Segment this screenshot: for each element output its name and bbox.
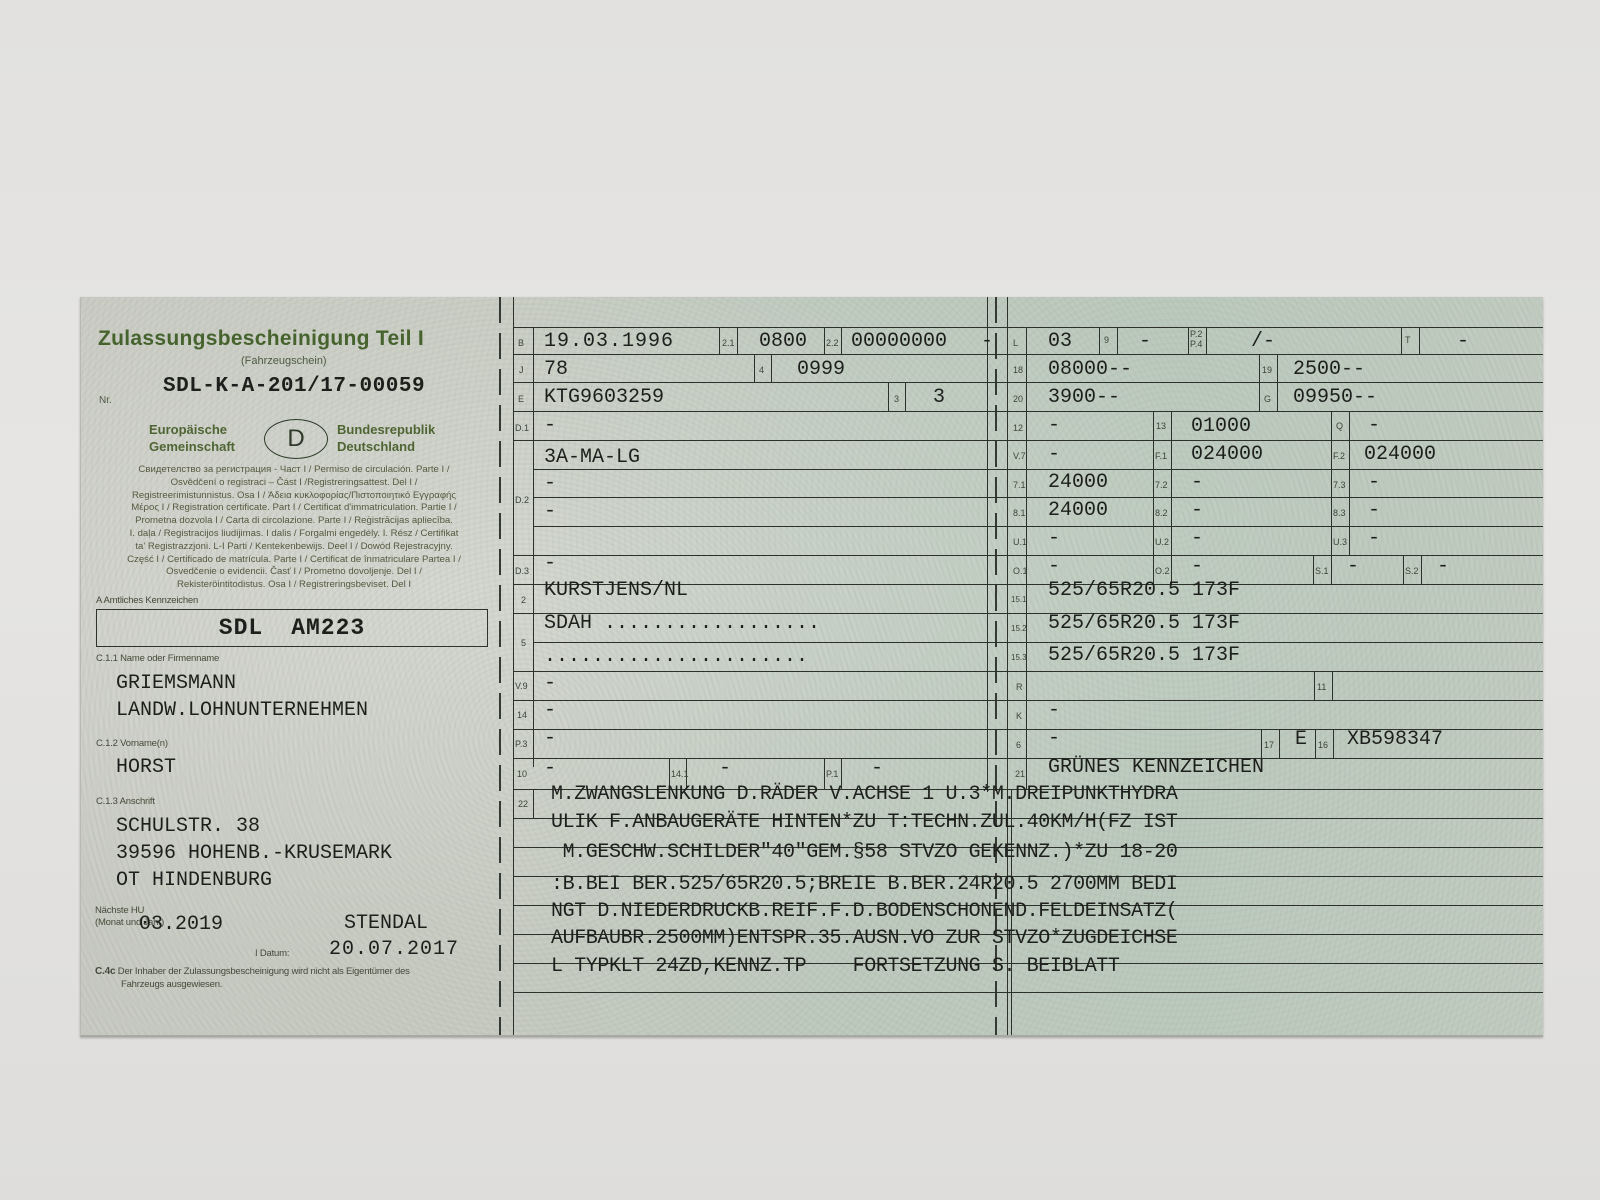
field-label-15-2: 15.2 xyxy=(1011,624,1027,633)
manufacturer-code: 0800 xyxy=(759,330,807,354)
field-label-14-1: 14.1 xyxy=(671,769,689,779)
grid-line xyxy=(1259,354,1260,411)
multilingual-line: I. daļa / Registracijos liudijimas. I da… xyxy=(89,528,499,541)
grid-line xyxy=(987,297,988,792)
row-line xyxy=(513,354,1543,355)
grid-line xyxy=(1171,411,1172,555)
eu-line-1: Europäische xyxy=(149,421,235,438)
grid-line xyxy=(1331,555,1332,584)
field-label-K: K xyxy=(1016,711,1022,721)
tank-volume: - xyxy=(1048,414,1060,438)
noise-standing: - xyxy=(1048,527,1060,551)
country-line-2: Deutschland xyxy=(337,438,435,455)
type-code: 00000000 xyxy=(851,330,947,354)
emission-code: - xyxy=(719,757,731,781)
document-subtitle: (Fahrzeugschein) xyxy=(241,355,327,367)
field-label-18: 18 xyxy=(1013,365,1023,375)
field-label-D2: D.2 xyxy=(515,495,529,505)
plate-number: AM223 xyxy=(291,615,365,641)
grid-line xyxy=(1314,671,1315,700)
name-label: C.1.1 Name oder Firmenname xyxy=(96,653,219,664)
fuel-type: - xyxy=(544,727,556,751)
field-label-D1: D.1 xyxy=(515,423,529,433)
power-rpm: /- xyxy=(1251,330,1275,354)
tyre-axle-1: 525/65R20.5 173F xyxy=(1048,579,1240,603)
remarks-line: M.ZWANGSLENKUNG D.RÄDER V.ACHSE 1 U.3*M.… xyxy=(551,783,1178,807)
field-label-20: 20 xyxy=(1013,394,1023,404)
c4c-text-2: Fahrzeugs ausgewiesen. xyxy=(95,979,222,990)
multilingual-line: Prometna dozvola I / Carta di circolazio… xyxy=(89,515,499,528)
country-label: Bundesrepublik Deutschland xyxy=(337,421,435,455)
field-label-15-1: 15.1 xyxy=(1011,595,1027,604)
row-line xyxy=(513,555,1543,556)
field-label-F2: F.2 xyxy=(1333,451,1345,461)
grid-line xyxy=(771,354,772,382)
field-label-P1: P.1 xyxy=(826,769,838,779)
field-label-17: 17 xyxy=(1264,740,1274,750)
field-label-7-2: 7.2 xyxy=(1155,480,1168,490)
trailer-load-braked: - xyxy=(1048,555,1060,579)
multilingual-line: Rekisteröintitodistus. Osa I / Registrer… xyxy=(89,579,499,592)
type-approval-number: - xyxy=(1048,699,1060,723)
grid-line xyxy=(754,354,755,382)
noise-rpm: - xyxy=(1191,527,1203,551)
field-label-R: R xyxy=(1016,682,1023,692)
make: - xyxy=(544,414,556,438)
max-permissible-mass: 024000 xyxy=(1364,443,1436,467)
issuing-authority: STENDAL xyxy=(344,911,428,937)
trailer-load-unbraked: - xyxy=(1191,555,1203,579)
field-label-O2: O.2 xyxy=(1155,566,1170,576)
field-label-16: 16 xyxy=(1318,740,1328,750)
seats: - xyxy=(1347,555,1359,579)
field-label-P3: P.3 xyxy=(515,739,527,749)
grid-line xyxy=(513,297,514,1035)
field-label-5: 5 xyxy=(521,638,526,648)
field-label-8-1: 8.1 xyxy=(1013,508,1026,518)
next-inspection-date: 03.2019 xyxy=(139,912,223,938)
vehicle-type-1: SDAH .................. xyxy=(544,612,820,636)
registration-certificate: Zulassungsbescheinigung Teil I (Fahrzeug… xyxy=(80,297,1543,1037)
max-technical-mass: 024000 xyxy=(1191,443,1263,467)
type-approval-date: - xyxy=(1048,727,1060,751)
field-label-14: 14 xyxy=(517,710,527,720)
field-label-4: 4 xyxy=(759,365,764,375)
holder-name-2: LANDW.LOHNUNTERNEHMEN xyxy=(116,698,368,724)
field-label-15-3: 15.3 xyxy=(1011,653,1027,662)
grid-line xyxy=(888,382,889,411)
field-label-7-3: 7.3 xyxy=(1333,480,1346,490)
grid-line xyxy=(1277,354,1278,411)
field-label-2-2: 2.2 xyxy=(826,338,839,348)
width: 2500-- xyxy=(1293,358,1365,382)
field-label-P2: P.2 xyxy=(1190,329,1202,339)
row-line xyxy=(513,758,1543,759)
field-label-V7: V.7 xyxy=(1013,451,1026,461)
grid-line xyxy=(1099,327,1100,354)
grid-line xyxy=(719,327,720,354)
nr-label: Nr. xyxy=(99,395,112,406)
holder-panel: Zulassungsbescheinigung Teil I (Fahrzeug… xyxy=(81,297,506,1035)
type-code-ext: - xyxy=(981,330,993,354)
eu-line-2: Gemeinschaft xyxy=(149,438,235,455)
vin-check-digit: 3 xyxy=(933,386,945,410)
field-label-9: 9 xyxy=(1104,335,1109,345)
driven-axles: - xyxy=(1139,330,1151,354)
row-line xyxy=(513,327,1543,328)
field-label-B: B xyxy=(518,338,524,348)
vin: KTG9603259 xyxy=(544,386,664,410)
multilingual-line: Część I / Certificado de matrícula. Part… xyxy=(89,554,499,567)
address-line-3: OT HINDENBURG xyxy=(116,868,272,894)
holder-name-1: GRIEMSMANN xyxy=(116,671,236,697)
field-label-19: 19 xyxy=(1262,365,1272,375)
remarks-line: M.GESCHW.SCHILDER"40"GEM.§58 STVZO GEKEN… xyxy=(551,841,1178,865)
grid-line xyxy=(737,327,738,354)
max-speed: - xyxy=(1457,330,1469,354)
perforation-line xyxy=(499,297,501,1035)
field-label-P4: P.4 xyxy=(1190,339,1202,349)
document-title: Zulassungsbescheinigung Teil I xyxy=(98,327,424,351)
field-label-U3: U.3 xyxy=(1333,537,1347,547)
field-label-10: 10 xyxy=(517,769,527,779)
type-variant-1: 3A-MA-LG xyxy=(544,446,640,470)
address-line-1: SCHULSTR. 38 xyxy=(116,814,260,840)
field-label-8-3: 8.3 xyxy=(1333,508,1346,518)
remarks-line: ULIK F.ANBAUGERÄTE HINTEN*ZU T:TECHN.ZUL… xyxy=(551,811,1178,835)
power-weight-ratio: - xyxy=(1368,414,1380,438)
document-number: SDL-K-A-201/17-00059 xyxy=(163,375,425,398)
remarks-line: NGT D.NIEDERDRUCKB.REIF.F.D.BODENSCHONEN… xyxy=(551,900,1178,924)
fuel-code: - xyxy=(544,757,556,781)
axle-load-1: 24000 xyxy=(1048,471,1108,495)
address-label: C.1.3 Anschrift xyxy=(96,796,155,807)
eu-label: Europäische Gemeinschaft xyxy=(149,421,235,455)
grid-line xyxy=(841,327,842,354)
row-line xyxy=(533,642,1543,643)
license-plate: SDL AM223 xyxy=(96,609,488,647)
grid-line xyxy=(905,382,906,411)
row-line xyxy=(513,700,1543,701)
trade-name: - xyxy=(544,552,556,576)
grid-line xyxy=(1117,327,1118,354)
permissible-axle-load-2: - xyxy=(1191,499,1203,523)
permissible-axle-load-3: - xyxy=(1368,499,1380,523)
field-label-S1: S.1 xyxy=(1315,566,1329,576)
field-label-E: E xyxy=(518,394,524,404)
row-line xyxy=(533,469,1543,470)
remarks-line: AUFBAUBR.2500MM)ENTSPR.35.AUSN.VO ZUR ST… xyxy=(551,927,1178,951)
axle-load-3: - xyxy=(1368,471,1380,495)
height: 3900-- xyxy=(1048,386,1120,410)
manufacturer-name: KURSTJENS/NL xyxy=(544,579,688,603)
grid-line xyxy=(1332,671,1333,700)
certificate-part2-number: XB598347 xyxy=(1347,728,1443,752)
tyre-axle-3: 525/65R20.5 173F xyxy=(1048,644,1240,668)
empty-weight: 09950-- xyxy=(1293,386,1377,410)
firstname-label: C.1.2 Vorname(n) xyxy=(96,738,168,749)
multilingual-title-block: Свидетелство за регистрация - Част I / P… xyxy=(89,464,499,592)
length: 08000-- xyxy=(1048,358,1132,382)
grid-line xyxy=(1206,327,1207,354)
first-registration-date: 19.03.1996 xyxy=(544,330,674,354)
axle-load-2: - xyxy=(1191,471,1203,495)
field-label-3: 3 xyxy=(894,394,899,404)
field-label-U1: U.1 xyxy=(1013,537,1027,547)
issue-date: 20.07.2017 xyxy=(329,937,459,963)
operating-permit-code: E xyxy=(1295,728,1307,752)
grid-line xyxy=(533,790,534,819)
grid-line xyxy=(1421,555,1422,584)
permissible-axle-load-1: 24000 xyxy=(1048,499,1108,523)
country-line-1: Bundesrepublik xyxy=(337,421,435,438)
grid-line xyxy=(1261,729,1262,758)
grid-line xyxy=(1349,411,1350,555)
grid-line xyxy=(1419,327,1420,354)
field-label-13: 13 xyxy=(1156,421,1166,431)
displacement: - xyxy=(871,757,883,781)
vehicle-type-2: ...................... xyxy=(544,645,808,669)
field-label-8-2: 8.2 xyxy=(1155,508,1168,518)
emission-directive: - xyxy=(544,699,556,723)
multilingual-line: Osvědčení o registraci – Část I /Registr… xyxy=(89,477,499,490)
country-code: D xyxy=(287,425,304,453)
field-label-Q: Q xyxy=(1336,421,1343,431)
field-label-D3: D.3 xyxy=(515,566,529,576)
multilingual-line: Свидетелство за регистрация - Част I / P… xyxy=(89,464,499,477)
multilingual-line: ta' Registrazzjoni. L-I Parti / Kenteken… xyxy=(89,541,499,554)
body-type: 0999 xyxy=(797,358,845,382)
field-label-G: G xyxy=(1264,394,1271,404)
grid-line xyxy=(1333,729,1334,758)
field-label-21: 21 xyxy=(1015,769,1025,779)
c4c-code: C.4c xyxy=(95,966,115,977)
emission-class: - xyxy=(544,672,556,696)
row-line xyxy=(513,671,1543,672)
row-line xyxy=(513,411,1543,412)
co2: - xyxy=(1048,443,1060,467)
grid-line xyxy=(1007,297,1008,1035)
multilingual-line: Registreerimistunnistus. Osa I / Άδεια κ… xyxy=(89,490,499,503)
remarks-line: L TYPKLT 24ZD,KENNZ.TP FORTSETZUNG S. BE… xyxy=(551,955,1120,979)
axle-count: 03 xyxy=(1048,330,1072,354)
field-label-12: 12 xyxy=(1013,423,1023,433)
row-line xyxy=(513,440,1543,441)
holder-firstname: HORST xyxy=(116,755,176,781)
tyre-axle-2: 525/65R20.5 173F xyxy=(1048,612,1240,636)
plate-label: A Amtliches Kennzeichen xyxy=(96,595,198,606)
remarks-line: :B.BEI BER.525/65R20.5;BREIE B.BER.24R20… xyxy=(551,873,1178,897)
field-label-2-1: 2.1 xyxy=(722,338,735,348)
multilingual-line: Osvedčenie o evidencii. Časť I / Prometn… xyxy=(89,566,499,579)
support-load: 01000 xyxy=(1191,415,1251,439)
field-label-T: T xyxy=(1405,335,1411,345)
field-label-11: 11 xyxy=(1317,682,1326,692)
row-line xyxy=(533,526,1543,527)
field-label-P2-P4: P.2 P.4 xyxy=(1190,329,1202,349)
country-oval-icon: D xyxy=(264,419,328,459)
grid-line xyxy=(1026,327,1027,789)
row-line xyxy=(513,992,1543,993)
field-label-2: 2 xyxy=(521,595,526,605)
other-notes: GRÜNES KENNZEICHEN xyxy=(1048,756,1264,780)
field-label-V9: V.9 xyxy=(515,681,528,691)
row-line xyxy=(533,497,1543,498)
field-label-7-1: 7.1 xyxy=(1013,480,1026,490)
field-label-L: L xyxy=(1013,338,1018,348)
plate-district: SDL xyxy=(219,615,263,641)
grid-line xyxy=(1279,729,1280,758)
standing-places: - xyxy=(1437,555,1449,579)
vehicle-class: 78 xyxy=(544,358,568,382)
c4c-text-1: Der Inhaber der Zulassungsbescheinigung … xyxy=(118,966,410,977)
noise-driving: - xyxy=(1368,527,1380,551)
type-variant-3: - xyxy=(544,500,556,524)
date-label: I Datum: xyxy=(255,948,289,959)
c4c-note: C.4c Der Inhaber der Zulassungsbescheini… xyxy=(95,965,410,991)
field-label-O1: O.1 xyxy=(1013,566,1028,576)
field-label-6: 6 xyxy=(1016,740,1021,750)
type-variant-2: - xyxy=(544,472,556,496)
grid-line xyxy=(1401,327,1402,354)
perforation-line xyxy=(995,297,997,1035)
field-label-22: 22 xyxy=(518,799,528,809)
address-line-2: 39596 HOHENB.-KRUSEMARK xyxy=(116,841,392,867)
field-label-J: J xyxy=(519,365,524,375)
field-label-F1: F.1 xyxy=(1155,451,1167,461)
grid-line xyxy=(1315,729,1316,758)
multilingual-line: Μέρος I / Registration certificate. Part… xyxy=(89,502,499,515)
row-line xyxy=(513,382,1543,383)
field-label-U2: U.2 xyxy=(1155,537,1169,547)
field-label-S2: S.2 xyxy=(1405,566,1419,576)
